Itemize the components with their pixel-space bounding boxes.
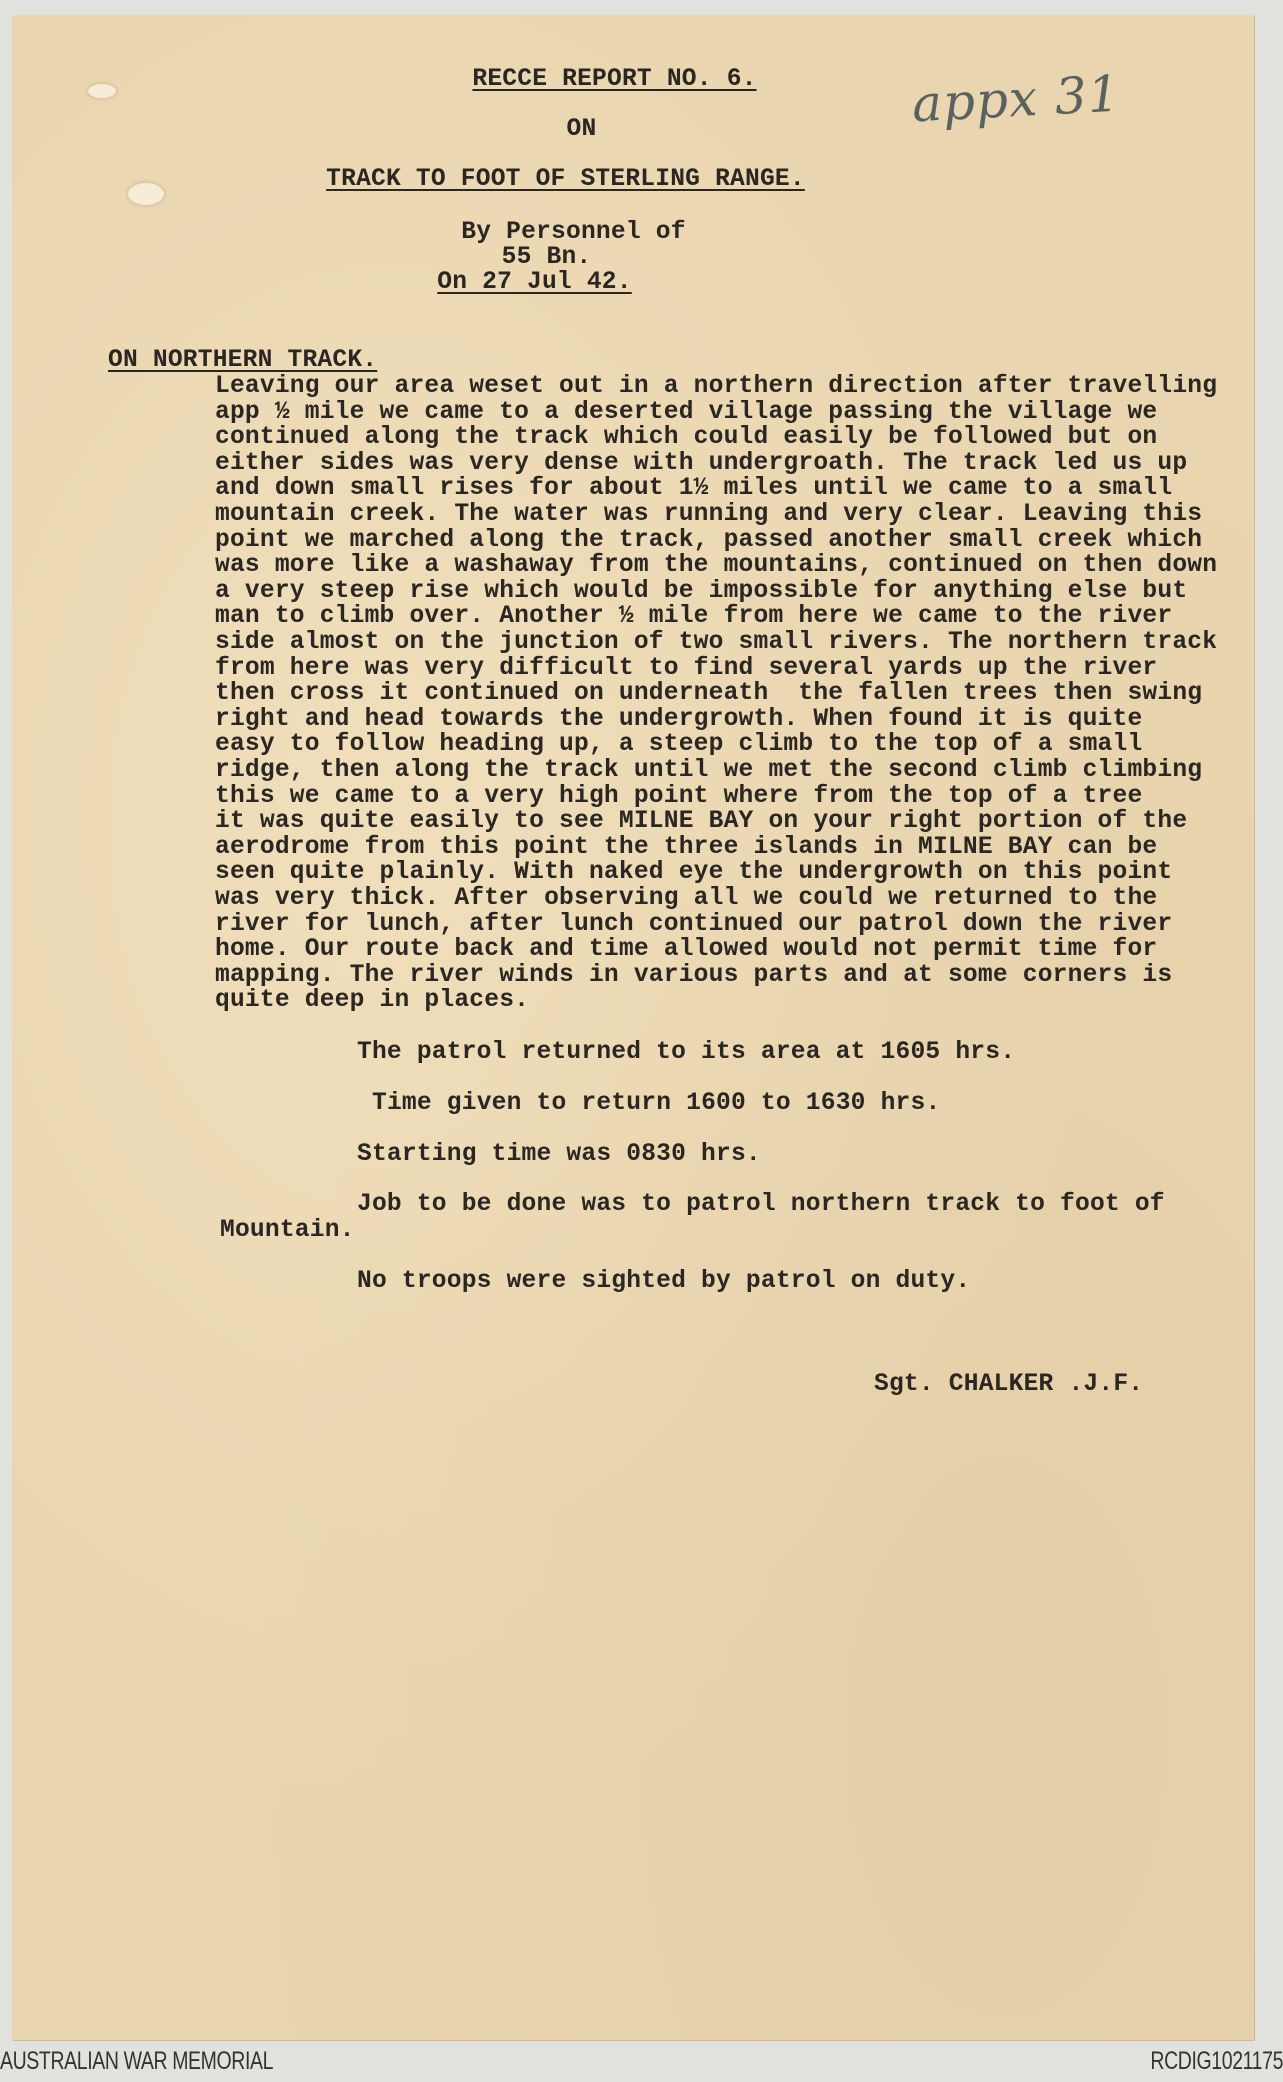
body-line: quite deep in places. <box>215 988 529 1014</box>
body-line: from here was very difficult to find sev… <box>215 656 1157 682</box>
report-date: On 27 Jul 42. <box>0 270 1176 296</box>
body-line: continued along the track which could ea… <box>215 425 1157 451</box>
report-on: ON <box>0 117 1223 143</box>
body-line: was very thick. After observing all we c… <box>215 886 1157 912</box>
footer-institution: AUSTRALIAN WAR MEMORIAL <box>0 2047 273 2082</box>
report-title: RECCE REPORT NO. 6. <box>0 67 1256 93</box>
body-line: point we marched along the track, passed… <box>215 528 1202 554</box>
body-line: side almost on the junction of two small… <box>215 630 1217 656</box>
report-subject: TRACK TO FOOT OF STERLING RANGE. <box>0 167 1207 193</box>
signature: Sgt. CHALKER .J.F. <box>874 1372 1143 1398</box>
paragraph-returned: The patrol returned to its area at 1605 … <box>357 1040 1015 1066</box>
section-heading: ON NORTHERN TRACK. <box>108 348 377 374</box>
body-line: ridge, then along the track until we met… <box>215 758 1202 784</box>
report-unit: 55 Bn. <box>0 245 1188 271</box>
body-line: and down small rises for about 1½ miles … <box>215 476 1172 502</box>
body-line: seen quite plainly. With naked eye the u… <box>215 860 1172 886</box>
body-line: this we came to a very high point where … <box>215 784 1142 810</box>
body-line: app ½ mile we came to a deserted village… <box>215 400 1157 426</box>
paragraph-job-line1: Job to be done was to patrol northern tr… <box>357 1192 1165 1218</box>
body-line: easy to follow heading up, a steep climb… <box>215 732 1142 758</box>
body-line: Leaving our area weset out in a northern… <box>215 374 1217 400</box>
body-line: right and head towards the undergrowth. … <box>215 707 1142 733</box>
body-line: either sides was very dense with undergr… <box>215 451 1187 477</box>
body-line: river for lunch, after lunch continued o… <box>215 912 1172 938</box>
footer-record-id: RCDIG1021175 <box>1150 2047 1283 2082</box>
paragraph-no-troops: No troops were sighted by patrol on duty… <box>357 1269 970 1295</box>
body-line: mountain creek. The water was running an… <box>215 502 1202 528</box>
report-by-line: By Personnel of <box>0 220 1215 246</box>
body-line: home. Our route back and time allowed wo… <box>215 937 1157 963</box>
body-line: was more like a washaway from the mounta… <box>215 553 1217 579</box>
body-line: a very steep rise which would be impossi… <box>215 579 1187 605</box>
body-line: aerodrome from this point the three isla… <box>215 835 1157 861</box>
body-line: it was quite easily to see MILNE BAY on … <box>215 809 1187 835</box>
paragraph-time-given: Time given to return 1600 to 1630 hrs. <box>372 1091 940 1117</box>
body-line: then cross it continued on underneath th… <box>215 681 1202 707</box>
document-page <box>12 15 1254 2040</box>
paragraph-starting-time: Starting time was 0830 hrs. <box>357 1142 761 1168</box>
body-line: mapping. The river winds in various part… <box>215 963 1172 989</box>
paragraph-job-line2: Mountain. <box>220 1218 355 1244</box>
body-line: man to climb over. Another ½ mile from h… <box>215 604 1172 630</box>
